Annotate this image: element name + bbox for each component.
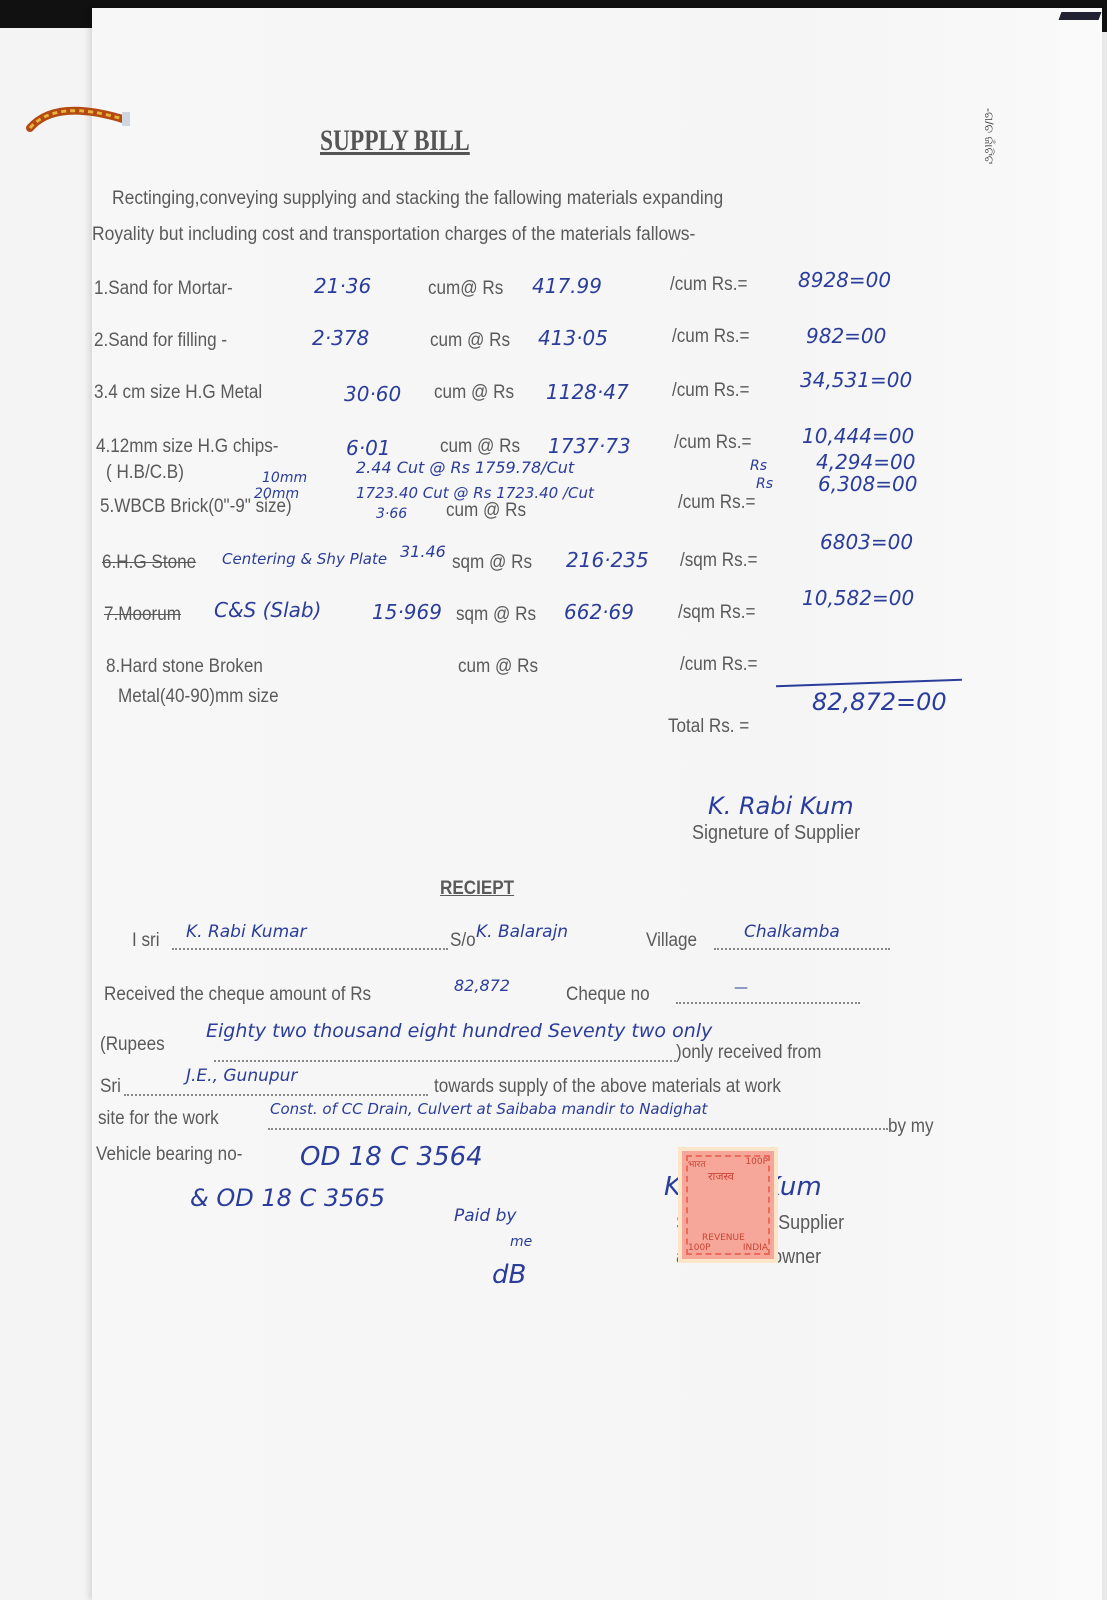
receipt-father-name: K. Balarajn — [476, 922, 568, 942]
receipt-title: RECIEPT — [440, 878, 514, 900]
item-5-qty: 3·66 — [376, 506, 407, 522]
item-5-extra-prefix: Rs — [756, 476, 773, 492]
binding-thread-icon — [26, 98, 134, 134]
receipt-cheque-label: Cheque no — [566, 984, 650, 1006]
item-2-qty: 2·378 — [312, 326, 369, 350]
receipt-towards-supply: towards supply of the above materials at… — [434, 1076, 781, 1098]
item-4-extra-prefix: Rs — [750, 458, 767, 474]
item-5-unit: cum @ Rs — [446, 500, 526, 522]
side-annotation: -ଗ/ଚ ଜାଁଟିଟ — [981, 108, 996, 164]
receipt-work-label: site for the work — [98, 1108, 219, 1130]
total-label: Total Rs. = — [668, 716, 749, 738]
item-5-extra-amount: 6,308=00 — [818, 472, 917, 496]
item-1-rate: 417.99 — [532, 274, 602, 298]
item-7-rate: 662·69 — [564, 600, 634, 624]
receipt-son-of-label: S/o — [450, 930, 476, 952]
paid-by-initials: dB — [492, 1260, 526, 1290]
item-1-label: 1.Sand for Mortar- — [94, 278, 233, 300]
item-4-extra-size: 10mm — [262, 470, 307, 486]
dotted-line — [214, 1060, 676, 1062]
item-6-label: 6.H.G Stone — [102, 552, 196, 574]
item-7-amount: 10,582=00 — [802, 586, 914, 610]
item-6-handwritten-label: Centering & Shy Plate — [222, 550, 387, 568]
item-1-qty: 21·36 — [314, 274, 371, 298]
receipt-supplier-name: K. Rabi Kumar — [186, 922, 307, 942]
item-7-per: /sqm Rs.= — [678, 602, 755, 624]
item-5-annotation: 20mm — [254, 486, 299, 502]
stamp-value-bottom: 100P — [688, 1243, 711, 1253]
receipt-work-name: Const. of CC Drain, Culvert at Saibaba m… — [270, 1100, 707, 1118]
item-8-unit: cum @ Rs — [458, 656, 538, 678]
page-corner — [1059, 12, 1102, 20]
item-3-qty: 30·60 — [344, 382, 401, 406]
total-amount: 82,872=00 — [812, 688, 947, 716]
dotted-line — [124, 1094, 428, 1096]
item-4-unit: cum @ Rs — [440, 436, 520, 458]
receipt-vehicle-2: & OD 18 C 3565 — [190, 1184, 385, 1212]
item-7-label: 7.Moorum — [104, 604, 181, 626]
item-1-per: /cum Rs.= — [670, 274, 747, 296]
receipt-by-my: by my — [888, 1116, 934, 1138]
stamp-value-top: 100P — [745, 1157, 768, 1167]
item-4-label: 4.12mm size H.G chips- — [96, 436, 278, 458]
receipt-received-from: )only received from — [676, 1042, 821, 1064]
receipt-village: Chalkamba — [744, 922, 840, 942]
item-3-amount: 34,531=00 — [800, 368, 912, 392]
revenue-stamp: भारत 100P राजस्व REVENUE 100P INDIA — [678, 1147, 778, 1263]
item-6-per: /sqm Rs.= — [680, 550, 757, 572]
receipt-cheque-no: — — [734, 980, 748, 996]
receipt-payer: J.E., Gunupur — [186, 1066, 297, 1086]
item-1-amount: 8928=00 — [798, 268, 891, 292]
receipt-village-label: Village — [646, 930, 697, 952]
item-2-label: 2.Sand for filling - — [94, 330, 227, 352]
item-4-amount: 10,444=00 — [802, 424, 914, 448]
item-6-qty: 31.46 — [400, 542, 446, 561]
item-4-extra-amount: 4,294=00 — [816, 450, 915, 474]
item-3-label: 3.4 cm size H.G Metal — [94, 382, 262, 404]
item-5-per: /cum Rs.= — [678, 492, 755, 514]
item-3-unit: cum @ Rs — [434, 382, 514, 404]
item-2-unit: cum @ Rs — [430, 330, 510, 352]
item-6-amount: 6803=00 — [820, 530, 913, 554]
item-8-label: 8.Hard stone Broken — [106, 656, 263, 678]
item-6-rate: 216·235 — [566, 548, 649, 572]
receipt-amount-label: Received the cheque amount of Rs — [104, 984, 371, 1006]
stamp-header: राजस्व — [708, 1169, 734, 1184]
receipt-sri2-label: Sri — [100, 1076, 121, 1098]
receipt-sri-label: I sri — [132, 930, 160, 952]
item-4-rate: 1737·73 — [548, 434, 631, 458]
stamp-revenue-label: REVENUE — [702, 1233, 745, 1243]
dotted-line — [268, 1128, 888, 1130]
item-2-amount: 982=00 — [806, 324, 886, 348]
document-page — [92, 8, 1102, 1600]
item-4-sublabel: ( H.B/C.B) — [106, 462, 184, 484]
item-8-sublabel: Metal(40-90)mm size — [118, 686, 279, 708]
intro-line-2: Royality but including cost and transpor… — [92, 224, 695, 246]
item-4-per: /cum Rs.= — [674, 432, 751, 454]
receipt-cheque-amount: 82,872 — [454, 976, 510, 995]
item-4-extra-text: 2.44 Cut @ Rs 1759.78/Cut — [356, 458, 574, 477]
supplier-signature: K. Rabi Kum — [708, 792, 854, 820]
item-1-unit: cum@ Rs — [428, 278, 503, 300]
item-4-qty: 6·01 — [346, 436, 391, 460]
item-2-rate: 413·05 — [538, 326, 608, 350]
document-title: SUPPLY BILL — [320, 124, 470, 158]
paid-by-me: me — [510, 1234, 532, 1250]
dotted-line — [714, 948, 890, 950]
intro-line-1: Rectinging,conveying supplying and stack… — [112, 188, 723, 210]
stamp-country-hindi: भारत — [688, 1157, 705, 1170]
item-3-rate: 1128·47 — [546, 380, 629, 404]
stamp-india-label: INDIA — [743, 1243, 768, 1253]
item-3-per: /cum Rs.= — [672, 380, 749, 402]
supplier-signature-label: Signeture of Supplier — [692, 822, 860, 845]
receipt-vehicle-1: OD 18 C 3564 — [300, 1142, 483, 1172]
paid-by-note: Paid by — [454, 1206, 516, 1226]
dotted-line — [676, 1002, 860, 1004]
item-7-qty: 15·969 — [372, 600, 442, 624]
item-2-per: /cum Rs.= — [672, 326, 749, 348]
item-8-per: /cum Rs.= — [680, 654, 757, 676]
dotted-line — [172, 948, 448, 950]
item-7-unit: sqm @ Rs — [456, 604, 536, 626]
item-7-handwritten-label: C&S (Slab) — [214, 598, 321, 622]
receipt-amount-words: Eighty two thousand eight hundred Sevent… — [206, 1020, 712, 1042]
receipt-rupees-label: (Rupees — [100, 1034, 165, 1056]
receipt-vehicle-label: Vehicle bearing no- — [96, 1144, 242, 1166]
item-6-unit: sqm @ Rs — [452, 552, 532, 574]
